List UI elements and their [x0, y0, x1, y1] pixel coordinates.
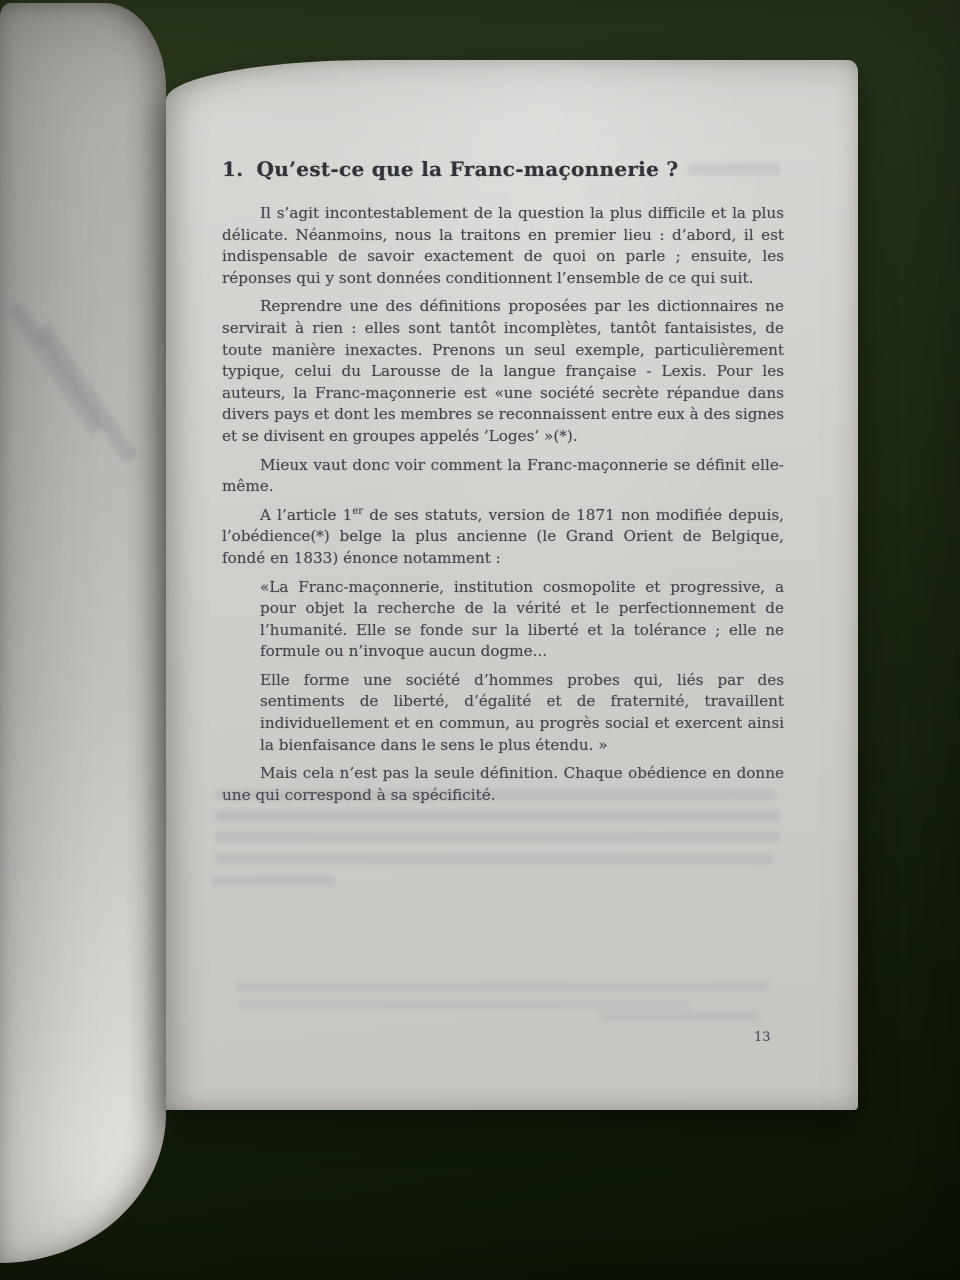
page-number: 13 — [754, 1030, 771, 1045]
show-through-text-ghost — [212, 876, 334, 886]
paragraph: A l’article 1er de ses statuts, version … — [222, 505, 784, 570]
ordinal-superscript: er — [352, 506, 363, 517]
show-through-footnote-ghost — [600, 1012, 760, 1020]
chapter-title: Qu’est-ce que la Franc-maçonnerie ? — [256, 157, 678, 181]
show-through-footnote-ghost — [240, 1001, 690, 1009]
paragraph: Reprendre une des définitions proposées … — [222, 296, 784, 447]
show-through-text-ghost — [215, 854, 773, 864]
show-through-text-ghost — [7, 302, 104, 435]
show-through-text-ghost — [215, 811, 780, 821]
show-through-footnote-ghost — [235, 982, 770, 991]
paragraph: Mieux vaut donc voir comment la Franc-ma… — [222, 455, 784, 498]
left-page-stack — [0, 3, 166, 1263]
photo-background: 1.Qu’est-ce que la Franc-maçonnerie ? Il… — [0, 0, 960, 1280]
show-through-text-ghost — [688, 163, 780, 175]
quote-paragraph: Elle forme une société d’hommes probes q… — [260, 670, 784, 756]
quote-block: «La Franc-maçonnerie, institution cosmop… — [260, 577, 784, 757]
paragraph: Il s’agit incontestablement de la questi… — [222, 203, 784, 289]
quote-paragraph: «La Franc-maçonnerie, institution cosmop… — [260, 577, 784, 663]
book-page: 1.Qu’est-ce que la Franc-maçonnerie ? Il… — [166, 60, 858, 1110]
paragraph-text: A l’article 1 — [260, 506, 352, 524]
show-through-text-ghost — [215, 832, 780, 842]
show-through-text-ghost — [215, 790, 775, 800]
page-text-column: 1.Qu’est-ce que la Franc-maçonnerie ? Il… — [222, 156, 784, 813]
chapter-number: 1. — [222, 157, 243, 181]
show-through-text-ghost — [35, 323, 138, 465]
